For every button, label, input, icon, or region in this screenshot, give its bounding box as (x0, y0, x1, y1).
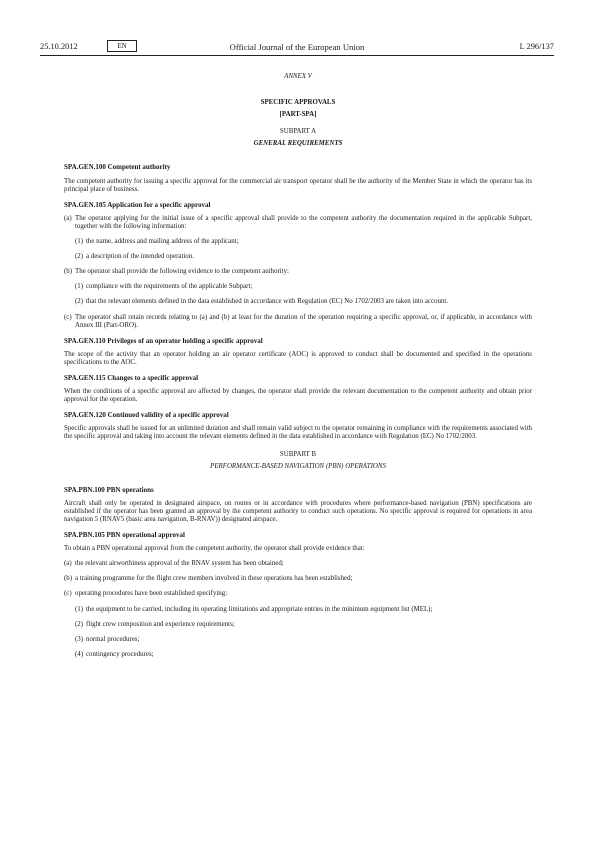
section-heading: SPA.PBN.100 PBN operations (64, 486, 532, 494)
list-item: (4) contingency procedures; (64, 651, 532, 659)
list-item: (2) that the relevant elements defined i… (64, 298, 532, 306)
subpart-a-title: GENERAL REQUIREMENTS (64, 140, 532, 148)
list-item: (b) a training programme for the flight … (64, 575, 532, 583)
document-title: SPECIFIC APPROVALS (64, 99, 532, 107)
list-item: (1) the name, address and mailing addres… (64, 238, 532, 246)
list-item: (c) operating procedures have been estab… (64, 590, 532, 598)
list-item: (b) The operator shall provide the follo… (64, 268, 532, 276)
section-heading: SPA.GEN.115 Changes to a specific approv… (64, 374, 532, 382)
annex-label: ANNEX V (64, 73, 532, 81)
list-item: (2) a description of the intended operat… (64, 253, 532, 261)
list-item: (1) the equipment to be carried, includi… (64, 606, 532, 614)
list-item: (3) normal procedures; (64, 636, 532, 644)
section-heading: SPA.GEN.110 Privileges of an operator ho… (64, 337, 532, 345)
list-item: (2) flight crew composition and experien… (64, 621, 532, 629)
section-heading: SPA.GEN.105 Application for a specific a… (64, 201, 532, 209)
list-item: (c) The operator shall retain records re… (64, 314, 532, 330)
subpart-b-title: PERFORMANCE-BASED NAVIGATION (PBN) OPERA… (64, 463, 532, 471)
subpart-a-label: SUBPART A (64, 128, 532, 136)
journal-title: Official Journal of the European Union (40, 42, 554, 52)
section-heading: SPA.GEN.120 Continued validity of a spec… (64, 411, 532, 419)
document-body: ANNEX V SPECIFIC APPROVALS [PART-SPA] SU… (64, 73, 532, 666)
section-heading: SPA.GEN.100 Competent authority (64, 163, 532, 171)
section-text: When the conditions of a specific approv… (64, 388, 532, 404)
section-heading: SPA.PBN.105 PBN operational approval (64, 531, 532, 539)
part-label: [PART-SPA] (64, 111, 532, 119)
section-text: The scope of the activity that an operat… (64, 351, 532, 367)
page-header: 25.10.2012 EN Official Journal of the Eu… (40, 40, 554, 54)
subpart-b-label: SUBPART B (64, 451, 532, 459)
page-reference: L 296/137 (520, 42, 554, 51)
section-text: The competent authority for issuing a sp… (64, 178, 532, 194)
section-intro: To obtain a PBN operational approval fro… (64, 545, 532, 553)
list-item: (a) The operator applying for the initia… (64, 215, 532, 231)
section-text: Aircraft shall only be operated in desig… (64, 500, 532, 524)
list-item: (a) the relevant airworthiness approval … (64, 560, 532, 568)
header-rule (40, 55, 554, 56)
section-text: Specific approvals shall be issued for a… (64, 425, 532, 441)
list-item: (1) compliance with the requirements of … (64, 283, 532, 291)
